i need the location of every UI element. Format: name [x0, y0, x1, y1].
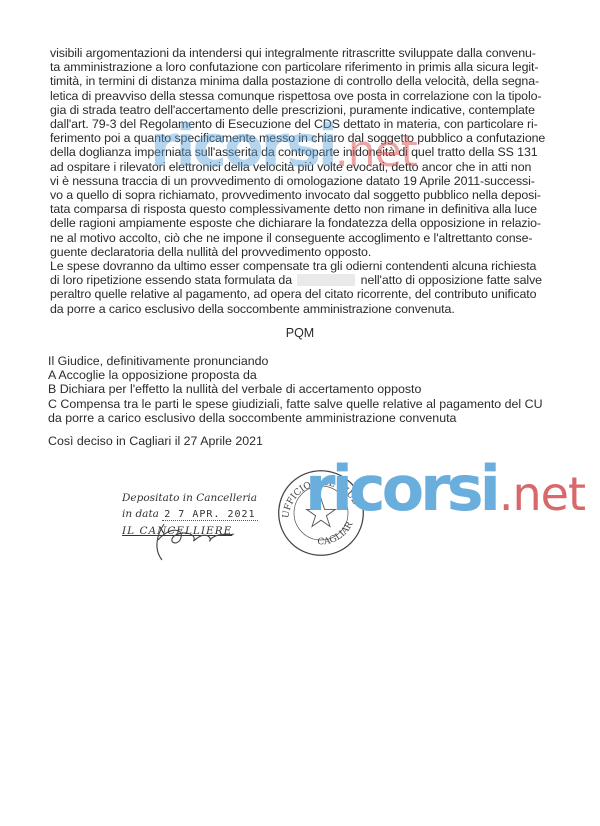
text-line: ta amministrazione a loro confutazione c… — [50, 60, 570, 74]
dispositivo-line: A Accoglie la opposizione proposta da — [48, 368, 568, 382]
text-line: guente declaratoria della nullità del pr… — [50, 245, 570, 259]
text-line: da porre a carico esclusivo della soccom… — [50, 302, 570, 316]
text-line: visibili argomentazioni da intendersi qu… — [50, 46, 570, 60]
text-fragment: di loro ripetizione essendo stata formul… — [50, 273, 292, 287]
signature-icon — [150, 516, 240, 566]
dispositivo-line: C Compensa tra le parti le spese giudizi… — [48, 397, 568, 411]
text-line: della doglianza imperniata sull'asserita… — [50, 145, 570, 159]
closing-line: Così deciso in Cagliari il 27 Aprile 202… — [48, 434, 263, 448]
text-line-redacted: di loro ripetizione essendo stata formul… — [50, 273, 570, 287]
text-line: gia di strada teatro dell'accertamento d… — [50, 103, 570, 117]
text-line: letica di preavviso della stessa comunqu… — [50, 89, 570, 103]
dispositivo-line: B Dichiara per l'effetto la nullità del … — [48, 382, 568, 396]
text-line: delle ragioni ampiamente esposte che dic… — [50, 216, 570, 230]
text-line: ferimento poi a quanto specificamente me… — [50, 131, 570, 145]
document-page: visibili argomentazioni da intendersi qu… — [0, 0, 600, 826]
watermark-tld: .net — [499, 467, 585, 521]
dispositivo-text: Il Giudice, definitivamente pronunciando… — [48, 354, 568, 425]
text-line: dall'art. 79-3 del Regolamento di Esecuz… — [50, 117, 570, 131]
text-line: Le spese dovranno da ultimo esser compen… — [50, 259, 570, 273]
deposit-label: Depositato in Cancelleria — [122, 490, 258, 506]
text-line: vo a quello di sopra richiamato, provved… — [50, 188, 570, 202]
text-line: tata comparsa di risposta questo comples… — [50, 202, 570, 216]
text-line: timità, in termini di distanza minima da… — [50, 74, 570, 88]
dispositivo-line: da porre a carico esclusivo della soccom… — [48, 411, 568, 425]
text-line: vi è nessuna traccia di un provvedimento… — [50, 174, 570, 188]
court-seal-icon: UFFICIO DEL GIUDICE CAGLIARI — [276, 468, 366, 558]
text-line: peraltro quelle relative al pagamento, a… — [50, 287, 570, 301]
dispositivo-line: Il Giudice, definitivamente pronunciando — [48, 354, 568, 368]
text-line: ne al motivo accolto, ciò che ne impone … — [50, 231, 570, 245]
text-line: ad ospitare i rilevatori elettronici del… — [50, 160, 570, 174]
redaction-box — [297, 274, 355, 286]
pqm-heading: PQM — [0, 326, 600, 340]
text-fragment: nell'atto di opposizione fatte salve — [361, 273, 542, 287]
motivazione-text: visibili argomentazioni da intendersi qu… — [50, 46, 570, 316]
